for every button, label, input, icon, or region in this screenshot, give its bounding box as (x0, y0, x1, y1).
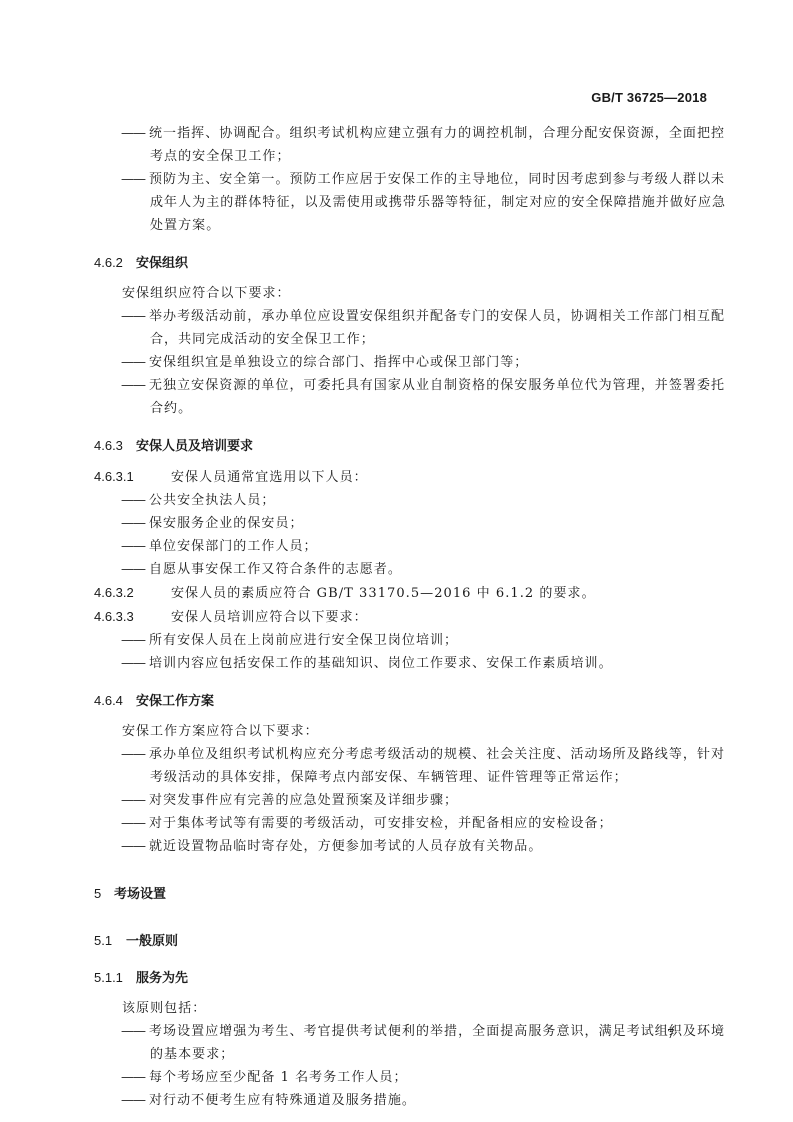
section-title: 一般原则 (126, 933, 178, 948)
list-item: ——每个考场应至少配备 1 名考务工作人员； (121, 1066, 710, 1089)
section-heading-5-1: 5.1一般原则 (94, 929, 710, 952)
dash-mark: —— (121, 305, 149, 328)
item-text: 每个考场应至少配备 1 名考务工作人员； (149, 1070, 408, 1085)
item-text: 预防为主、安全第一。预防工作应居于安保工作的主导地位，同时因考虑到参与考级人群以… (149, 172, 725, 187)
list-item: ——预防为主、安全第一。预防工作应居于安保工作的主导地位，同时因考虑到参与考级人… (121, 168, 710, 191)
section-heading-4-6-3: 4.6.3安保人员及培训要求 (94, 434, 710, 457)
item-text: 考场设置应增强为考生、考官提供考试便利的举措，全面提高服务意识，满足考试组织及环… (149, 1024, 725, 1039)
list-item: ——统一指挥、协调配合。组织考试机构应建立强有力的调控机制，合理分配安保资源，全… (121, 122, 710, 145)
list-item: ——对行动不便考生应有特殊通道及服务措施。 (121, 1089, 710, 1112)
section-intro: 该原则包括： (122, 997, 710, 1020)
item-text-cont: 考点的安全保卫工作； (150, 145, 710, 168)
item-text: 自愿从事安保工作又符合条件的志愿者。 (149, 562, 402, 577)
section-number: 4.6.2 (94, 251, 136, 274)
dash-mark: —— (121, 558, 149, 581)
clause-number: 4.6.3.2 (94, 581, 171, 604)
principles-list: ——统一指挥、协调配合。组织考试机构应建立强有力的调控机制，合理分配安保资源，全… (94, 122, 710, 237)
clause-text: 安保人员的素质应符合 GB/T 33170.5—2016 中 6.1.2 的要求… (171, 586, 596, 601)
section-title: 服务为先 (136, 970, 188, 985)
dash-mark: —— (121, 652, 149, 675)
list-item: ——培训内容应包括安保工作的基础知识、岗位工作要求、安保工作素质培训。 (121, 652, 710, 675)
item-text: 统一指挥、协调配合。组织考试机构应建立强有力的调控机制，合理分配安保资源，全面把… (149, 126, 725, 141)
item-text-cont: 合约。 (150, 397, 710, 420)
dash-mark: —— (121, 812, 149, 835)
item-text-cont: 的基本要求； (150, 1043, 710, 1066)
dash-mark: —— (121, 743, 149, 766)
section-number: 4.6.3 (94, 434, 136, 457)
section-heading-4-6-4: 4.6.4安保工作方案 (94, 689, 710, 712)
dash-mark: —— (121, 789, 149, 812)
dash-mark: —— (121, 1066, 149, 1089)
list-item: ——考场设置应增强为考生、考官提供考试便利的举措，全面提高服务意识，满足考试组织… (121, 1020, 710, 1043)
section-heading-5-1-1: 5.1.1服务为先 (94, 966, 710, 989)
list-item: ——对于集体考试等有需要的考级活动，可安排安检，并配备相应的安检设备； (121, 812, 710, 835)
clause-text: 安保人员通常宜选用以下人员： (171, 470, 368, 485)
dash-mark: —— (121, 1020, 149, 1043)
list-item: ——安保组织宜是单独设立的综合部门、指挥中心或保卫部门等； (121, 351, 710, 374)
item-text: 安保组织宜是单独设立的综合部门、指挥中心或保卫部门等； (149, 355, 528, 370)
clause-text: 安保人员培训应符合以下要求： (171, 610, 368, 625)
clause-4-6-3-2: 4.6.3.2安保人员的素质应符合 GB/T 33170.5—2016 中 6.… (94, 581, 710, 605)
section-heading-4-6-2: 4.6.2安保组织 (94, 251, 710, 274)
clause-number: 4.6.3.1 (94, 465, 171, 488)
section-number: 5.1.1 (94, 966, 136, 989)
list-item: ——所有安保人员在上岗前应进行安全保卫岗位培训； (121, 629, 710, 652)
dash-mark: —— (121, 512, 149, 535)
item-text: 单位安保部门的工作人员； (149, 539, 318, 554)
dash-mark: —— (121, 489, 149, 512)
clause-number: 4.6.3.3 (94, 605, 171, 628)
section-title: 安保工作方案 (136, 693, 214, 708)
document-body: ——统一指挥、协调配合。组织考试机构应建立强有力的调控机制，合理分配安保资源，全… (94, 122, 710, 1112)
section-number: 5.1 (94, 929, 126, 952)
clause-4-6-3-3: 4.6.3.3安保人员培训应符合以下要求： (94, 605, 710, 629)
section-title: 考场设置 (114, 886, 166, 901)
section-heading-5: 5考场设置 (94, 882, 710, 905)
item-text: 培训内容应包括安保工作的基础知识、岗位工作要求、安保工作素质培训。 (149, 656, 613, 671)
page-number: 7 (667, 1027, 675, 1041)
item-text: 公共安全执法人员； (149, 493, 275, 508)
standard-code: GB/T 36725—2018 (591, 90, 707, 105)
section-title: 安保人员及培训要求 (136, 438, 253, 453)
dash-mark: —— (121, 835, 149, 858)
section-intro: 安保组织应符合以下要求： (122, 282, 710, 305)
dash-mark: —— (121, 1089, 149, 1112)
item-text-cont: 合，共同完成活动的安全保卫工作； (150, 328, 710, 351)
clause-4-6-3-1: 4.6.3.1安保人员通常宜选用以下人员： (94, 465, 710, 489)
dash-mark: —— (121, 629, 149, 652)
item-text: 举办考级活动前，承办单位应设置安保组织并配备专门的安保人员，协调相关工作部门相互… (149, 309, 725, 324)
dash-mark: —— (121, 168, 149, 191)
item-text: 就近设置物品临时寄存处，方便参加考试的人员存放有关物品。 (149, 839, 542, 854)
section-number: 5 (94, 882, 114, 905)
dash-mark: —— (121, 535, 149, 558)
item-text: 承办单位及组织考试机构应充分考虑考级活动的规模、社会关注度、活动场所及路线等，针… (149, 747, 725, 762)
item-text: 无独立安保资源的单位，可委托具有国家从业自制资格的保安服务单位代为管理，并签署委… (149, 378, 725, 393)
list-item: ——自愿从事安保工作又符合条件的志愿者。 (121, 558, 710, 581)
list-item: ——无独立安保资源的单位，可委托具有国家从业自制资格的保安服务单位代为管理，并签… (121, 374, 710, 397)
item-text-cont: 处置方案。 (150, 214, 710, 237)
item-text: 所有安保人员在上岗前应进行安全保卫岗位培训； (149, 633, 458, 648)
item-text-cont: 成年人为主的群体特征，以及需使用或携带乐器等特征，制定对应的安全保障措施并做好应… (150, 191, 710, 214)
list-item: ——单位安保部门的工作人员； (121, 535, 710, 558)
list-item: ——就近设置物品临时寄存处，方便参加考试的人员存放有关物品。 (121, 835, 710, 858)
item-text: 对行动不便考生应有特殊通道及服务措施。 (149, 1093, 416, 1108)
section-intro: 安保工作方案应符合以下要求： (122, 720, 710, 743)
item-text: 对突发事件应有完善的应急处置预案及详细步骤； (149, 793, 458, 808)
list-item: ——举办考级活动前，承办单位应设置安保组织并配备专门的安保人员，协调相关工作部门… (121, 305, 710, 328)
dash-mark: —— (121, 122, 149, 145)
item-text: 保安服务企业的保安员； (149, 516, 304, 531)
section-title: 安保组织 (136, 255, 188, 270)
list-item: ——保安服务企业的保安员； (121, 512, 710, 535)
list-item: ——公共安全执法人员； (121, 489, 710, 512)
list-item: ——承办单位及组织考试机构应充分考虑考级活动的规模、社会关注度、活动场所及路线等… (121, 743, 710, 766)
dash-mark: —— (121, 351, 149, 374)
list-item: ——对突发事件应有完善的应急处置预案及详细步骤； (121, 789, 710, 812)
item-text: 对于集体考试等有需要的考级活动，可安排安检，并配备相应的安检设备； (149, 816, 613, 831)
item-text-cont: 考级活动的具体安排，保障考点内部安保、车辆管理、证件管理等正常运作； (150, 766, 710, 789)
section-number: 4.6.4 (94, 689, 136, 712)
dash-mark: —— (121, 374, 149, 397)
